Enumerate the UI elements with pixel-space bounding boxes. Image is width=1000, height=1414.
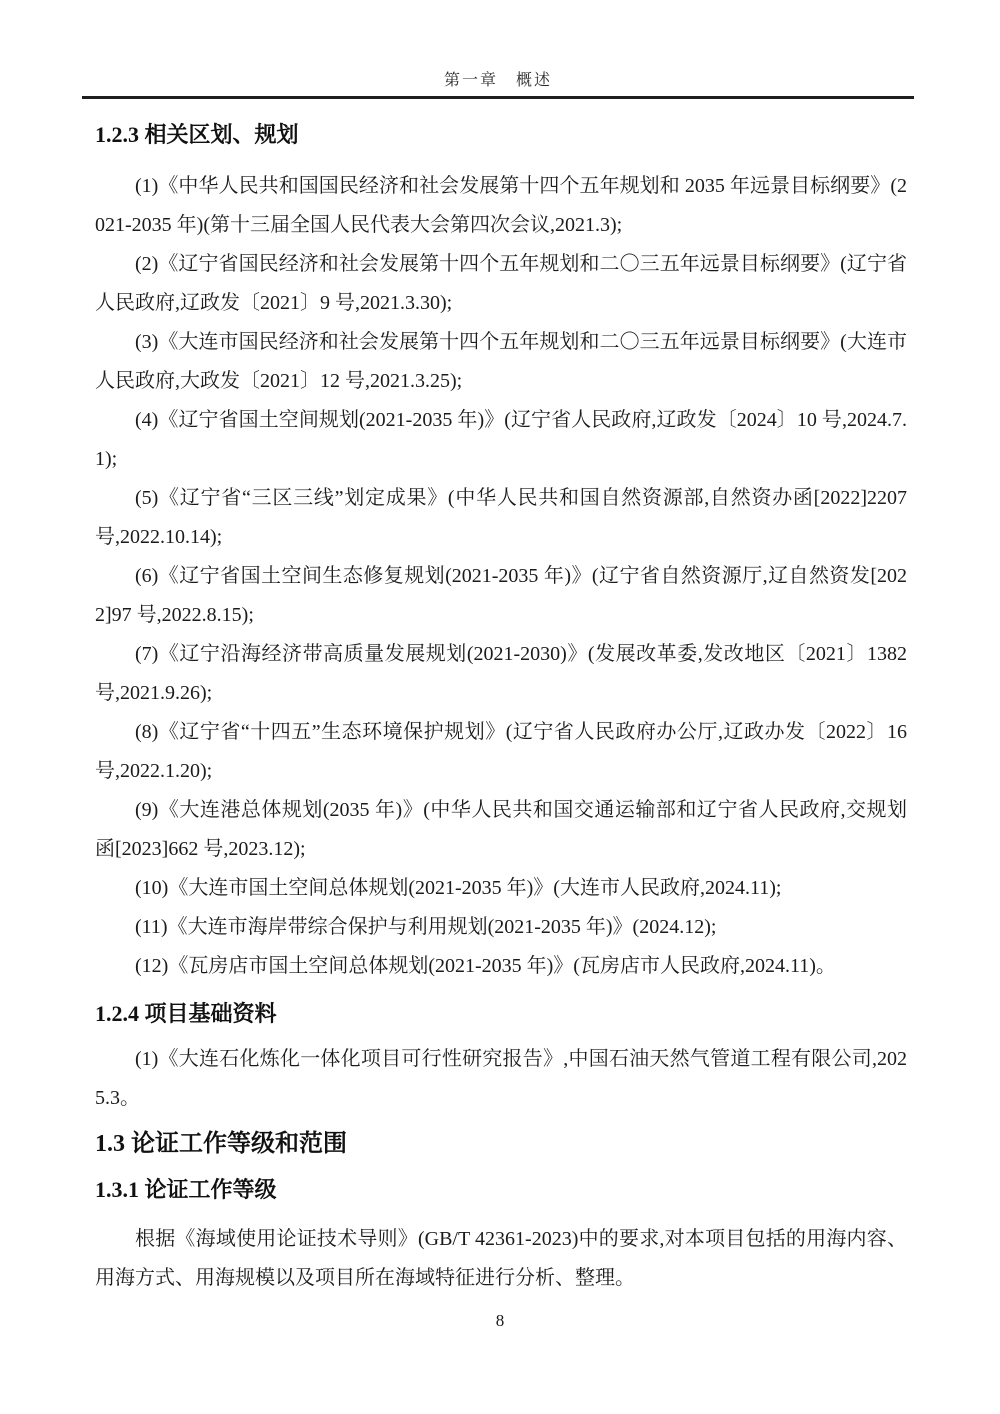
header-chapter-title: 概述 [516, 72, 552, 89]
list-item: (7)《辽宁沿海经济带高质量发展规划(2021-2030)》(发展改革委,发改地… [95, 635, 907, 713]
heading-1-2-4: 1.2.4 项目基础资料 [95, 1000, 907, 1028]
heading-1-2-3: 1.2.3 相关区划、规划 [95, 121, 907, 149]
list-item: (5)《辽宁省“三区三线”划定成果》(中华人民共和国自然资源部,自然资办函[20… [95, 479, 907, 557]
list-item: (1)《大连石化炼化一体化项目可行性研究报告》,中国石油天然气管道工程有限公司,… [95, 1040, 907, 1118]
list-item: (11)《大连市海岸带综合保护与利用规划(2021-2035 年)》(2024.… [95, 908, 907, 947]
header-chapter-label: 第一章 [444, 72, 498, 89]
list-item: (6)《辽宁省国土空间生态修复规划(2021-2035 年)》(辽宁省自然资源厅… [95, 557, 907, 635]
body-paragraph: 根据《海域使用论证技术导则》(GB/T 42361-2023)中的要求,对本项目… [95, 1220, 907, 1298]
heading-1-3-1: 1.3.1 论证工作等级 [95, 1176, 907, 1204]
list-item: (9)《大连港总体规划(2035 年)》(中华人民共和国交通运输部和辽宁省人民政… [95, 791, 907, 869]
heading-1-3: 1.3 论证工作等级和范围 [95, 1128, 907, 1160]
list-item: (1)《中华人民共和国国民经济和社会发展第十四个五年规划和 2035 年远景目标… [95, 167, 907, 245]
list-item: (12)《瓦房店市国土空间总体规划(2021-2035 年)》(瓦房店市人民政府… [95, 947, 907, 986]
list-item: (2)《辽宁省国民经济和社会发展第十四个五年规划和二〇三五年远景目标纲要》(辽宁… [95, 245, 907, 323]
page-footer: 8 [0, 1310, 1000, 1332]
page-number: 8 [496, 1311, 505, 1330]
page-content: 1.2.3 相关区划、规划 (1)《中华人民共和国国民经济和社会发展第十四个五年… [95, 121, 907, 1298]
list-item: (8)《辽宁省“十四五”生态环境保护规划》(辽宁省人民政府办公厅,辽政办发〔20… [95, 713, 907, 791]
list-item: (3)《大连市国民经济和社会发展第十四个五年规划和二〇三五年远景目标纲要》(大连… [95, 323, 907, 401]
document-page: 第一章概述 1.2.3 相关区划、规划 (1)《中华人民共和国国民经济和社会发展… [0, 0, 1000, 1414]
list-item: (10)《大连市国土空间总体规划(2021-2035 年)》(大连市人民政府,2… [95, 869, 907, 908]
page-header: 第一章概述 [82, 0, 914, 99]
list-item: (4)《辽宁省国土空间规划(2021-2035 年)》(辽宁省人民政府,辽政发〔… [95, 401, 907, 479]
